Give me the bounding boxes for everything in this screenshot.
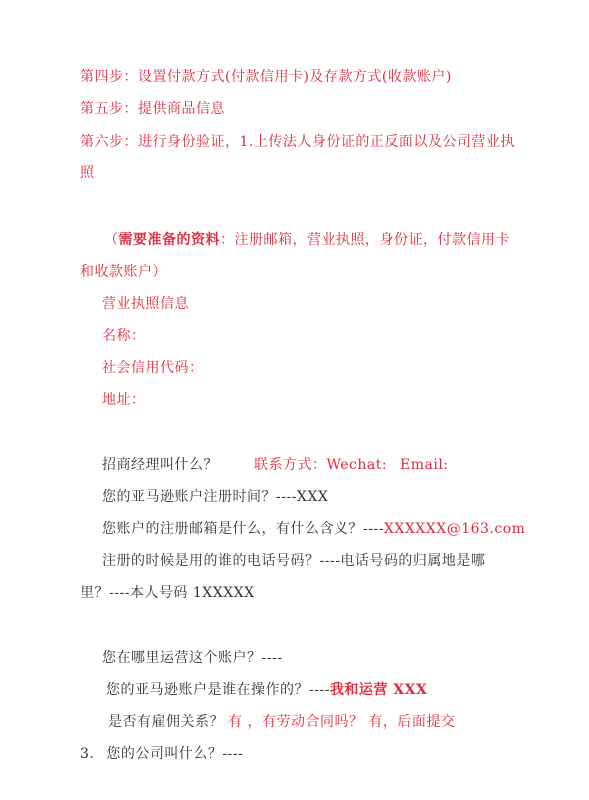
step-4: 第四步：设置付款方式(付款信用卡)及存款方式(收款账户)	[80, 67, 452, 87]
operate-location-question: 您在哪里运营这个账户？----	[102, 648, 282, 668]
employment-question: 是否有雇佣关系？	[108, 714, 224, 730]
materials-line-2: 和收款账户）	[80, 262, 167, 282]
operator-question: 您的亚马逊账户是谁在操作的？----	[106, 682, 330, 698]
step-5: 第五步：提供商品信息	[80, 99, 225, 119]
company-number: 3.	[80, 746, 94, 762]
license-address-label: 地址：	[102, 390, 146, 410]
materials-open-paren: （	[104, 232, 119, 248]
license-name-label: 名称：	[102, 326, 146, 346]
registration-email-answer: XXXXXX@163.com	[384, 521, 526, 537]
company-question: 您的公司叫什么？----	[106, 746, 243, 762]
license-credit-code-label: 社会信用代码：	[102, 358, 204, 378]
materials-label: 需要准备的资料	[119, 232, 221, 248]
employment-row: 是否有雇佣关系？有 ，有劳动合同吗？ 有，后面提交	[108, 712, 455, 732]
employment-answer: 有 ，有劳动合同吗？ 有，后面提交	[228, 714, 455, 730]
manager-question: 招商经理叫什么？	[102, 455, 218, 475]
materials-line-1: （需要准备的资料：注册邮箱，营业执照，身份证，付款信用卡	[104, 230, 510, 250]
license-info-title: 营业执照信息	[102, 294, 189, 314]
step-6-line-2: 照	[80, 163, 95, 183]
operator-row: 您的亚马逊账户是谁在操作的？----我和运营 XXX	[106, 680, 427, 700]
company-row: 3.您的公司叫什么？----	[80, 744, 243, 764]
email-label: Email:	[400, 455, 449, 475]
phone-question-line-1: 注册的时候是用的谁的电话号码？----电话号码的归属地是哪	[102, 551, 485, 571]
phone-question-line-2: 里？----本人号码 1XXXXX	[80, 583, 255, 603]
registration-time-question: 您的亚马逊账户注册时间？----XXX	[102, 487, 328, 507]
materials-list: ：注册邮箱，营业执照，身份证，付款信用卡	[220, 232, 510, 248]
step-6-line-1: 第六步：进行身份验证，1.上传法人身份证的正反面以及公司营业执	[80, 132, 515, 152]
operator-answer: 我和运营 XXX	[330, 682, 427, 698]
registration-email-question: 您账户的注册邮箱是什么，有什么含义？----	[102, 521, 384, 537]
contact-label: 联系方式：Wechat:	[254, 455, 387, 475]
registration-email-row: 您账户的注册邮箱是什么，有什么含义？----XXXXXX@163.com	[102, 519, 525, 539]
